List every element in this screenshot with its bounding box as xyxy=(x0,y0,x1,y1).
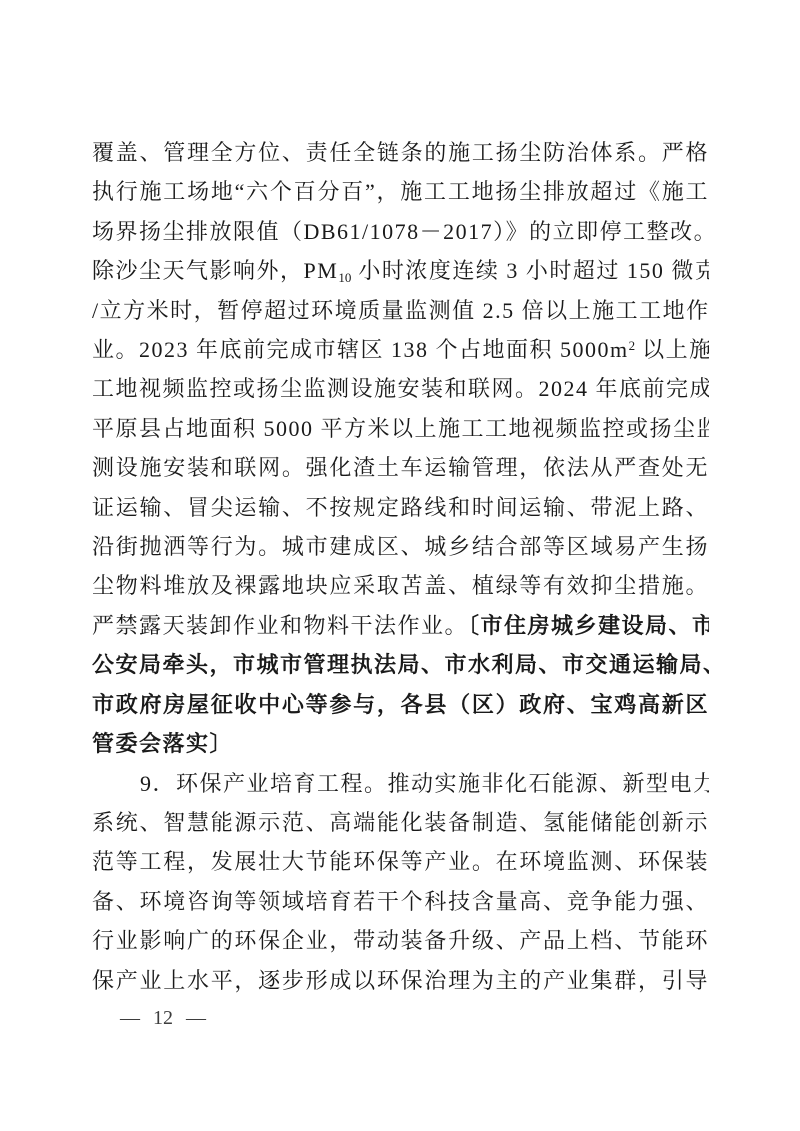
text-line-19: 范等工程，发展壮大节能环保等产业。在环境监测、环保装 xyxy=(92,842,709,881)
responsible-agency-clause: 〔市住房城乡建设局、市 xyxy=(468,613,709,638)
text-line-12: 尘物料堆放及裸露地块应采取苫盖、植绿等有效抑尘措施。 xyxy=(92,566,709,605)
text-segment: 严禁露天装卸作业和物料干法作业。 xyxy=(92,613,468,638)
subscript: 10 xyxy=(338,270,351,285)
text-line-1: 覆盖、管理全方位、责任全链条的施工扬尘防治体系。严格 xyxy=(92,133,709,172)
text-segment: 业。2023 年底前完成市辖区 138 个占地面积 5000m xyxy=(92,337,629,362)
text-line-6: 业。2023 年底前完成市辖区 138 个占地面积 5000m2 以上施工 xyxy=(92,330,709,369)
responsible-agency-clause: 市政府房屋征收中心等参与，各县（区）政府、宝鸡高新区 xyxy=(92,692,709,717)
text-segment: 范等工程，发展壮大节能环保等产业。在环境监测、环保装 xyxy=(92,849,709,874)
text-segment: 9．环保产业培育工程。推动实施非化石能源、新型电力 xyxy=(140,771,709,796)
text-line-20: 备、环境咨询等领域培育若干个科技含量高、竞争能力强、 xyxy=(92,882,709,921)
text-line-18: 系统、智慧能源示范、高端能化装备制造、氢能储能创新示 xyxy=(92,803,709,842)
text-segment: 沿街抛洒等行为。城市建成区、城乡结合部等区域易产生扬 xyxy=(92,534,709,559)
text-segment: 行业影响广的环保企业，带动装备升级、产品上档、节能环 xyxy=(92,928,709,953)
text-segment: 以上施工 xyxy=(635,337,709,362)
text-line-13: 严禁露天装卸作业和物料干法作业。〔市住房城乡建设局、市 xyxy=(92,606,709,645)
text-line-7: 工地视频监控或扬尘监测设施安装和联网。2024 年底前完成 xyxy=(92,369,709,408)
text-line-14: 公安局牵头，市城市管理执法局、市水利局、市交通运输局、 xyxy=(92,645,709,684)
responsible-agency-clause: 管委会落实〕 xyxy=(92,731,233,756)
text-line-8: 平原县占地面积 5000 平方米以上施工工地视频监控或扬尘监 xyxy=(92,409,709,448)
text-segment: 测设施安装和联网。强化渣土车运输管理，依法从严查处无 xyxy=(92,455,709,480)
text-line-16: 管委会落实〕 xyxy=(92,724,709,763)
text-segment: 工地视频监控或扬尘监测设施安装和联网。2024 年底前完成 xyxy=(92,376,709,401)
text-line-10: 证运输、冒尖运输、不按规定路线和时间运输、带泥上路、 xyxy=(92,488,709,527)
footer-left-dash: — xyxy=(120,1007,140,1030)
text-line-15: 市政府房屋征收中心等参与，各县（区）政府、宝鸡高新区 xyxy=(92,685,709,724)
text-segment: 平原县占地面积 5000 平方米以上施工工地视频监控或扬尘监 xyxy=(92,416,709,441)
text-line-2: 执行施工场地“六个百分百”，施工工地扬尘排放超过《施工 xyxy=(92,172,709,211)
responsible-agency-clause: 公安局牵头，市城市管理执法局、市水利局、市交通运输局、 xyxy=(92,652,709,677)
text-line-3: 场界扬尘排放限值（DB61/1078－2017）》的立即停工整改。 xyxy=(92,212,709,251)
text-segment: 执行施工场地“六个百分百”，施工工地扬尘排放超过《施工 xyxy=(92,179,709,204)
document-page: 覆盖、管理全方位、责任全链条的施工扬尘防治体系。严格执行施工场地“六个百分百”，… xyxy=(0,0,800,1131)
text-segment: /立方米时，暂停超过环境质量监测值 2.5 倍以上施工工地作 xyxy=(92,298,709,323)
page-number: 12 xyxy=(153,1007,173,1030)
text-segment: 小时浓度连续 3 小时超过 150 微克 xyxy=(351,258,709,283)
footer-right-dash: — xyxy=(186,1007,206,1030)
text-segment: 系统、智慧能源示范、高端能化装备制造、氢能储能创新示 xyxy=(92,810,709,835)
text-segment: 覆盖、管理全方位、责任全链条的施工扬尘防治体系。严格 xyxy=(92,140,709,165)
text-line-5: /立方米时，暂停超过环境质量监测值 2.5 倍以上施工工地作 xyxy=(92,291,709,330)
text-segment: 除沙尘天气影响外，PM xyxy=(92,258,338,283)
text-segment: 保产业上水平，逐步形成以环保治理为主的产业集群，引导 xyxy=(92,968,709,993)
text-line-21: 行业影响广的环保企业，带动装备升级、产品上档、节能环 xyxy=(92,921,709,960)
text-line-22: 保产业上水平，逐步形成以环保治理为主的产业集群，引导 xyxy=(92,961,709,1000)
text-line-4: 除沙尘天气影响外，PM10 小时浓度连续 3 小时超过 150 微克 xyxy=(92,251,709,290)
text-line-17: 9．环保产业培育工程。推动实施非化石能源、新型电力 xyxy=(92,764,709,803)
text-segment: 尘物料堆放及裸露地块应采取苫盖、植绿等有效抑尘措施。 xyxy=(92,573,709,598)
text-segment: 场界扬尘排放限值（DB61/1078－2017）》的立即停工整改。 xyxy=(92,219,709,244)
page-footer: — 12 — xyxy=(120,1002,206,1034)
document-body: 覆盖、管理全方位、责任全链条的施工扬尘防治体系。严格执行施工场地“六个百分百”，… xyxy=(92,133,709,1000)
text-segment: 备、环境咨询等领域培育若干个科技含量高、竞争能力强、 xyxy=(92,889,709,914)
text-line-9: 测设施安装和联网。强化渣土车运输管理，依法从严查处无 xyxy=(92,448,709,487)
text-segment: 证运输、冒尖运输、不按规定路线和时间运输、带泥上路、 xyxy=(92,495,709,520)
text-line-11: 沿街抛洒等行为。城市建成区、城乡结合部等区域易产生扬 xyxy=(92,527,709,566)
